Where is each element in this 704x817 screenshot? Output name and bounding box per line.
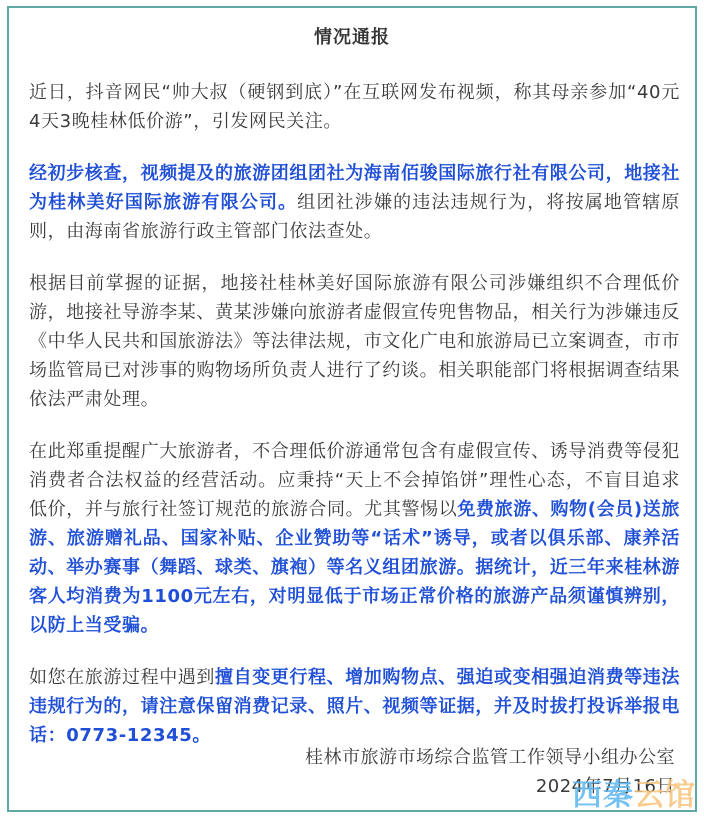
notice-body: 近日，抖音网民“帅大叔（硬钢到底）”在互联网发布视频，称其母亲参加“40元4天3… [29, 78, 680, 773]
paragraph-text: 如您在旅游过程中遇到 [29, 667, 215, 688]
paragraph-investigation: 根据目前掌握的证据，地接社桂林美好国际旅游有限公司涉嫌组织不合理低价游，地接社导… [29, 269, 680, 414]
paragraph-hotline: 如您在旅游过程中遇到擅自变更行程、增加购物点、强迫或变相强迫消费等违法违规行为的… [29, 663, 680, 750]
notice-title: 情况通报 [9, 25, 695, 51]
issuer-name: 桂林市旅游市场综合监管工作领导小组办公室 [305, 743, 675, 772]
signature-block: 桂林市旅游市场综合监管工作领导小组办公室 2024年7月16日 [305, 743, 675, 801]
paragraph-text: 根据目前掌握的证据，地接社桂林美好国际旅游有限公司涉嫌组织不合理低价游，地接社导… [29, 273, 680, 410]
paragraph-intro: 近日，抖音网民“帅大叔（硬钢到底）”在互联网发布视频，称其母亲参加“40元4天3… [29, 78, 680, 136]
notice-frame: 情况通报 近日，抖音网民“帅大叔（硬钢到底）”在互联网发布视频，称其母亲参加“4… [7, 6, 697, 812]
paragraph-text: 近日，抖音网民“帅大叔（硬钢到底）”在互联网发布视频，称其母亲参加“40元4天3… [29, 82, 680, 132]
issue-date: 2024年7月16日 [305, 772, 675, 801]
paragraph-verification: 经初步核查，视频提及的旅游团组团社为海南佰骏国际旅行社有限公司，地接社为桂林美好… [29, 159, 680, 246]
paragraph-warning: 在此郑重提醒广大旅游者，不合理低价游通常包含有虚假宣传、诱导消费等侵犯消费者合法… [29, 437, 680, 640]
